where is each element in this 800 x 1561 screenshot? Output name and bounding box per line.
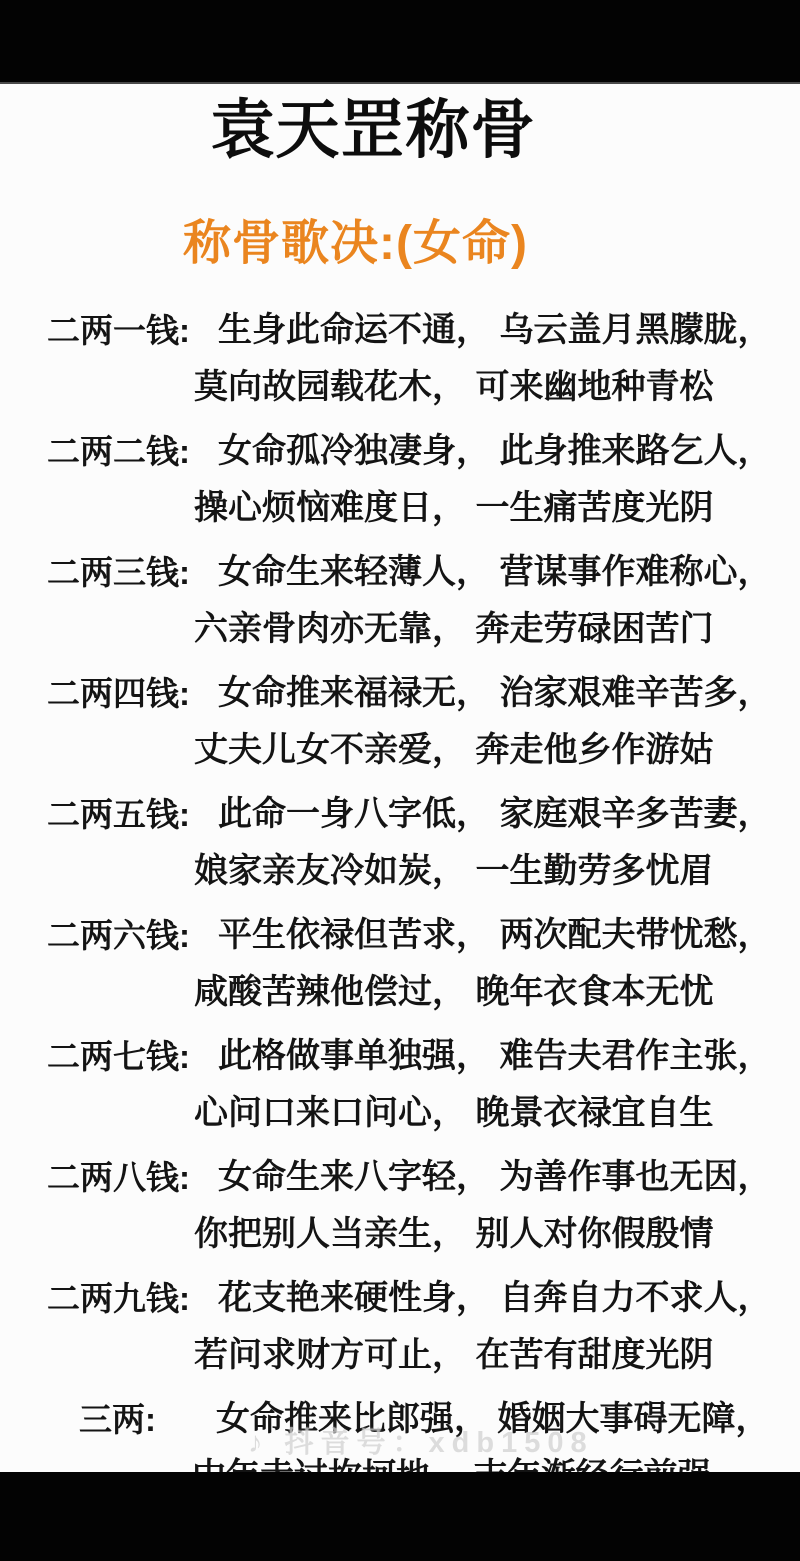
verse-line-2: 莫向故园载花木， 可来幽地种青松: [194, 359, 800, 416]
weight-label: 二两四钱:: [47, 665, 190, 722]
weight-label: 二两九钱:: [47, 1270, 190, 1327]
verse-text: 此命一身八字低， 家庭艰辛多苦妻， 娘家亲友冷如炭， 一生勤劳多忧眉: [218, 786, 800, 900]
verse-entry: 二两一钱: 生身此命运不通， 乌云盖月黑朦胧， 莫向故园载花木， 可来幽地种青松: [0, 302, 800, 416]
verse-line-2: 六亲骨肉亦无靠， 奔走劳碌困苦门: [194, 601, 800, 658]
verse-line-1: 生身此命运不通， 乌云盖月黑朦胧，: [218, 302, 800, 359]
verse-line-2: 娘家亲友冷如炭， 一生勤劳多忧眉: [194, 843, 800, 900]
verse-entry: 二两四钱: 女命推来福禄无， 治家艰难辛苦多， 丈夫儿女不亲爱， 奔走他乡作游姑: [0, 665, 800, 779]
weight-label: 二两七钱:: [47, 1028, 190, 1085]
bottom-letterbox-bar: [0, 1472, 800, 1561]
verse-entry: 二两二钱: 女命孤冷独凄身， 此身推来路乞人， 操心烦恼难度日， 一生痛苦度光阴: [0, 423, 800, 537]
verse-entry: 二两五钱: 此命一身八字低， 家庭艰辛多苦妻， 娘家亲友冷如炭， 一生勤劳多忧眉: [0, 786, 800, 900]
verse-entry: 二两六钱: 平生依禄但苦求， 两次配夫带忧愁， 咸酸苦辣他偿过， 晚年衣食本无忧: [0, 907, 800, 1021]
verse-entry: 二两七钱: 此格做事单独强， 难告夫君作主张， 心问口来口问心， 晚景衣禄宜自生: [0, 1028, 800, 1142]
weight-label: 二两二钱:: [47, 423, 190, 480]
watermark: ♪ 抖音号：xdb1508: [248, 1420, 594, 1461]
verse-entry: 二两九钱: 花支艳来硬性身， 自奔自力不求人， 若问求财方可止， 在苦有甜度光阴: [0, 1270, 800, 1384]
verse-text: 花支艳来硬性身， 自奔自力不求人， 若问求财方可止， 在苦有甜度光阴: [218, 1270, 800, 1384]
verse-text: 此格做事单独强， 难告夫君作主张， 心问口来口问心， 晚景衣禄宜自生: [218, 1028, 800, 1142]
top-letterbox-bar: [0, 0, 800, 84]
section-heading: 称骨歌决:(女命): [183, 214, 528, 274]
verse-line-2: 咸酸苦辣他偿过， 晚年衣食本无忧: [194, 964, 800, 1021]
verse-line-1: 花支艳来硬性身， 自奔自力不求人，: [218, 1270, 800, 1327]
verse-text: 生身此命运不通， 乌云盖月黑朦胧， 莫向故园载花木， 可来幽地种青松: [218, 302, 800, 416]
verse-line-2: 你把别人当亲生， 别人对你假殷情: [194, 1206, 800, 1263]
verse-entry: 二两三钱: 女命生来轻薄人， 营谋事作难称心， 六亲骨肉亦无靠， 奔走劳碌困苦门: [0, 544, 800, 658]
verse-text: 女命生来八字轻， 为善作事也无因， 你把别人当亲生， 别人对你假殷情: [218, 1149, 800, 1263]
verse-line-2: 心问口来口问心， 晚景衣禄宜自生: [194, 1085, 800, 1142]
verse-line-2: 操心烦恼难度日， 一生痛苦度光阴: [194, 480, 800, 537]
weight-label: 二两三钱:: [47, 544, 190, 601]
verse-line-2: 若问求财方可止， 在苦有甜度光阴: [194, 1327, 800, 1384]
verse-text: 女命推来福禄无， 治家艰难辛苦多， 丈夫儿女不亲爱， 奔走他乡作游姑: [218, 665, 800, 779]
verse-line-1: 女命生来八字轻， 为善作事也无因，: [218, 1149, 800, 1206]
verse-list: 二两一钱: 生身此命运不通， 乌云盖月黑朦胧， 莫向故园载花木， 可来幽地种青松…: [0, 302, 800, 1512]
verse-line-1: 女命推来福禄无， 治家艰难辛苦多，: [218, 665, 800, 722]
weight-label: 二两六钱:: [47, 907, 190, 964]
poster-page: 袁天罡称骨 称骨歌决:(女命) 二两一钱: 生身此命运不通， 乌云盖月黑朦胧， …: [0, 0, 800, 1561]
verse-text: 女命生来轻薄人， 营谋事作难称心， 六亲骨肉亦无靠， 奔走劳碌困苦门: [218, 544, 800, 658]
verse-text: 平生依禄但苦求， 两次配夫带忧愁， 咸酸苦辣他偿过， 晚年衣食本无忧: [218, 907, 800, 1021]
verse-line-1: 平生依禄但苦求， 两次配夫带忧愁，: [218, 907, 800, 964]
verse-line-2: 丈夫儿女不亲爱， 奔走他乡作游姑: [194, 722, 800, 779]
verse-line-1: 女命孤冷独凄身， 此身推来路乞人，: [218, 423, 800, 480]
weight-label: 二两一钱:: [47, 302, 190, 359]
weight-label: 二两五钱:: [47, 786, 190, 843]
weight-label: 三两:: [47, 1391, 188, 1448]
verse-line-1: 此格做事单独强， 难告夫君作主张，: [218, 1028, 800, 1085]
verse-line-1: 女命生来轻薄人， 营谋事作难称心，: [218, 544, 800, 601]
verse-text: 女命孤冷独凄身， 此身推来路乞人， 操心烦恼难度日， 一生痛苦度光阴: [218, 423, 800, 537]
page-title: 袁天罡称骨: [0, 92, 746, 170]
verse-line-1: 此命一身八字低， 家庭艰辛多苦妻，: [218, 786, 800, 843]
verse-entry: 二两八钱: 女命生来八字轻， 为善作事也无因， 你把别人当亲生， 别人对你假殷情: [0, 1149, 800, 1263]
weight-label: 二两八钱:: [47, 1149, 190, 1206]
